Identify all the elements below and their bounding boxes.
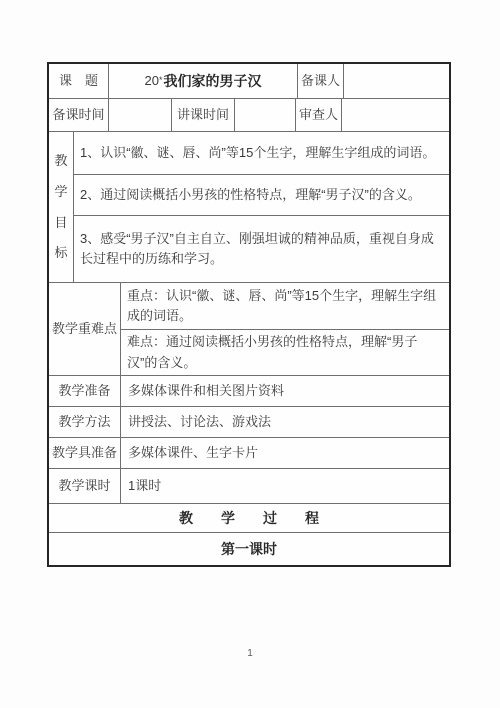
objective-item: 2、通过阅读概括小男孩的性格特点，理解“男子汉”的含义。 — [74, 175, 449, 216]
reviewer-value-cell — [342, 99, 449, 131]
header-row-1: 课 题 20*我们家的男子汉 备课人 — [49, 64, 449, 99]
key-points-row: 教学重难点 重点：认识“徽、谜、唇、尚”等15个生字，理解生字组成的词语。 难点… — [49, 283, 449, 376]
prep-materials-label: 教学准备 — [49, 376, 121, 406]
difficult-point-item: 难点：通过阅读概括小男孩的性格特点，理解“男子汉”的含义。 — [121, 330, 449, 375]
key-point-item: 重点：认识“徽、谜、唇、尚”等15个生字，理解生字组成的词语。 — [121, 283, 449, 330]
page-number: 1 — [0, 648, 500, 659]
methods-label: 教学方法 — [49, 407, 121, 437]
lesson-plan-table: 课 题 20*我们家的男子汉 备课人 备课时间 讲课时间 审查人 教 学 目 标 — [47, 62, 451, 567]
preparer-value-cell — [344, 64, 449, 98]
objectives-label-char: 标 — [54, 243, 67, 263]
lesson-title-cell: 20*我们家的男子汉 — [109, 64, 298, 98]
key-points-label: 教学重难点 — [49, 283, 121, 375]
objective-item: 1、认识“徽、谜、唇、尚”等15个生字，理解生字组成的词语。 — [74, 132, 449, 175]
header-row-2: 备课时间 讲课时间 审查人 — [49, 99, 449, 132]
objectives-label-char: 教 — [54, 151, 67, 171]
process-title-row: 教 学 过 程 — [49, 504, 449, 533]
key-points-content: 重点：认识“徽、谜、唇、尚”等15个生字，理解生字组成的词语。 难点：通过阅读概… — [121, 283, 449, 375]
objectives-content: 1、认识“徽、谜、唇、尚”等15个生字，理解生字组成的词语。 2、通过阅读概括小… — [74, 132, 449, 282]
methods-row: 教学方法 讲授法、讨论法、游戏法 — [49, 407, 449, 438]
class-hours-row: 教学课时 1课时 — [49, 469, 449, 504]
lesson-asterisk-icon: * — [159, 74, 163, 88]
prep-materials-row: 教学准备 多媒体课件和相关图片资料 — [49, 376, 449, 407]
session-title-row: 第一课时 — [49, 533, 449, 565]
tools-row: 教学具准备 多媒体课件、生字卡片 — [49, 438, 449, 469]
prep-time-value-cell — [109, 99, 172, 131]
teach-time-label: 讲课时间 — [172, 99, 235, 131]
session-title: 第一课时 — [49, 533, 449, 565]
objectives-label-char: 目 — [54, 213, 67, 233]
preparer-label: 备课人 — [298, 64, 344, 98]
prep-time-label: 备课时间 — [49, 99, 109, 131]
prep-materials-value: 多媒体课件和相关图片资料 — [121, 376, 449, 406]
process-title: 教 学 过 程 — [49, 504, 449, 532]
methods-value: 讲授法、讨论法、游戏法 — [121, 407, 449, 437]
objectives-row: 教 学 目 标 1、认识“徽、谜、唇、尚”等15个生字，理解生字组成的词语。 2… — [49, 132, 449, 283]
teach-time-value-cell — [235, 99, 296, 131]
document-page: 课 题 20*我们家的男子汉 备课人 备课时间 讲课时间 审查人 教 学 目 标 — [0, 0, 500, 708]
tools-value: 多媒体课件、生字卡片 — [121, 438, 449, 468]
tools-label: 教学具准备 — [49, 438, 121, 468]
class-hours-value: 1课时 — [121, 469, 449, 503]
class-hours-label: 教学课时 — [49, 469, 121, 503]
objectives-label-char: 学 — [54, 182, 67, 202]
objectives-label: 教 学 目 标 — [49, 132, 74, 282]
objective-item: 3、感受“男子汉”自主自立、刚强坦诚的精神品质，重视自身成长过程中的历练和学习。 — [74, 216, 449, 282]
reviewer-label: 审查人 — [296, 99, 342, 131]
topic-label: 课 题 — [49, 64, 109, 98]
lesson-number: 20 — [145, 71, 159, 91]
lesson-title: 我们家的男子汉 — [163, 71, 261, 92]
